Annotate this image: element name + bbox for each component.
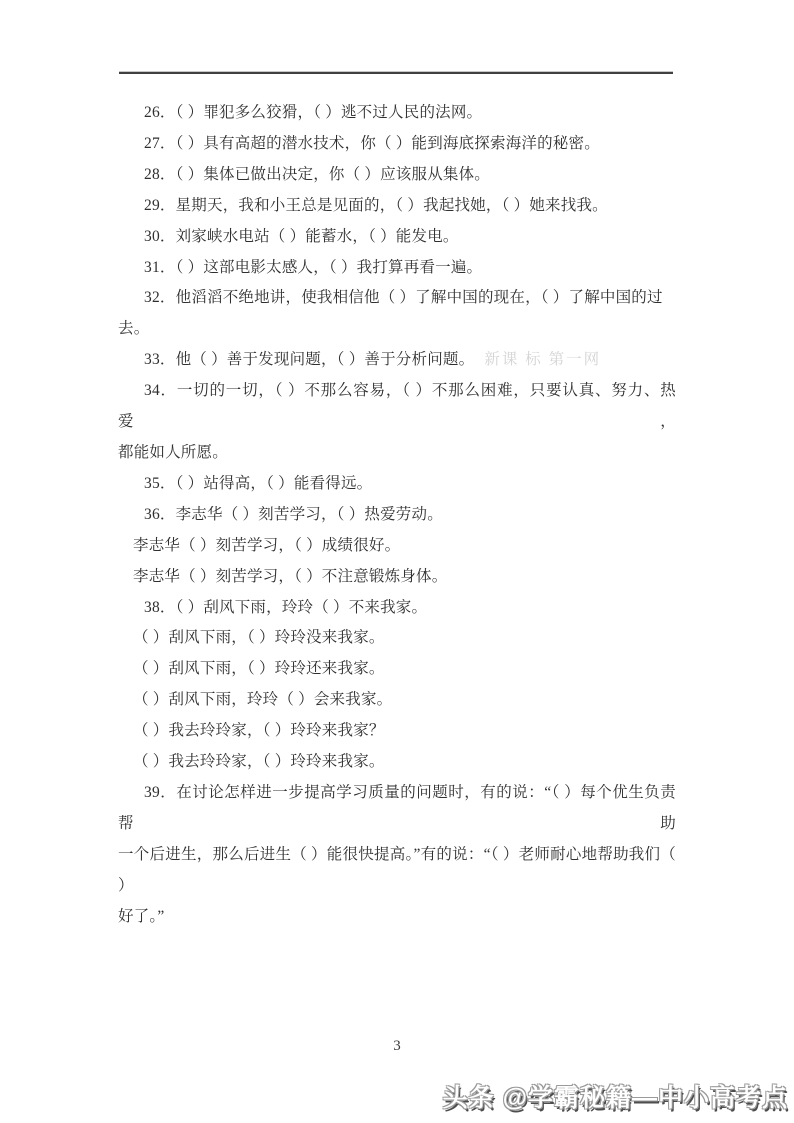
document-content: 26．（ ）罪犯多么狡猾，（ ）逃不过人民的法网。27．（ ）具有高超的潜水技术… (118, 98, 676, 932)
document-line: 34．一切的一切，（ ）不那么容易，（ ）不那么困难，只要认真、努力、热爱， (118, 376, 676, 438)
toutiao-watermark: 头条 @学霸秘籍—中小高考点 (443, 1082, 788, 1114)
document-line: （ ）刮风下雨，（ ）玲玲还来我家。 (118, 654, 676, 685)
document-line: 一个后进生，那么后进生（ ）能很快提高。”有的说：“（ ）老师耐心地帮助我们（ … (118, 840, 676, 902)
document-line: 30．刘家峡水电站（ ）能蓄水，（ ）能发电。 (118, 222, 676, 253)
document-line: （ ）刮风下雨，（ ）玲玲没来我家。 (118, 623, 676, 654)
document-line: 都能如人所愿。 (118, 438, 676, 469)
document-line: （ ）我去玲玲家，（ ）玲玲来我家。 (118, 747, 676, 778)
document-line: 29．星期天，我和小王总是见面的，（ ）我起找她，（ ）她来找我。 (118, 191, 676, 222)
document-line: 28．（ ）集体已做出决定，你（ ）应该服从集体。 (118, 160, 676, 191)
document-line: （ ）我去玲玲家，（ ）玲玲来我家？ (118, 716, 676, 747)
document-page: 26．（ ）罪犯多么狡猾，（ ）逃不过人民的法网。27．（ ）具有高超的潜水技术… (0, 0, 794, 1123)
document-line: 36．李志华（ ）刻苦学习，（ ）热爱劳动。 (118, 500, 676, 531)
header-rule (119, 71, 673, 74)
document-line: （ ）刮风下雨，玲玲（ ）会来我家。 (118, 685, 676, 716)
page-number: 3 (0, 1036, 794, 1056)
document-line: 李志华（ ）刻苦学习，（ ）成绩很好。 (118, 531, 676, 562)
document-line: 33．他（ ）善于发现问题，（ ）善于分析问题。新课 标 第一网 (118, 345, 676, 376)
document-line: 27．（ ）具有高超的潜水技术，你（ ）能到海底探索海洋的秘密。 (118, 129, 676, 160)
document-line: 李志华（ ）刻苦学习，（ ）不注意锻炼身体。 (118, 562, 676, 593)
document-line: 好了。” (118, 902, 676, 933)
document-line: 35．（ ）站得高，（ ）能看得远。 (118, 469, 676, 500)
document-line: 39．在讨论怎样进一步提高学习质量的问题时，有的说：“（ ）每个优生负责帮助 (118, 778, 676, 840)
document-line: 31．（ ）这部电影太感人，（ ）我打算再看一遍。 (118, 253, 676, 284)
document-line: 26．（ ）罪犯多么狡猾，（ ）逃不过人民的法网。 (118, 98, 676, 129)
document-line: 38．（ ）刮风下雨，玲玲（ ）不来我家。 (118, 593, 676, 624)
document-line: 32．他滔滔不绝地讲，使我相信他（ ）了解中国的现在，（ ）了解中国的过去。 (118, 283, 676, 345)
faint-watermark-text: 新课 标 第一网 (484, 351, 601, 368)
